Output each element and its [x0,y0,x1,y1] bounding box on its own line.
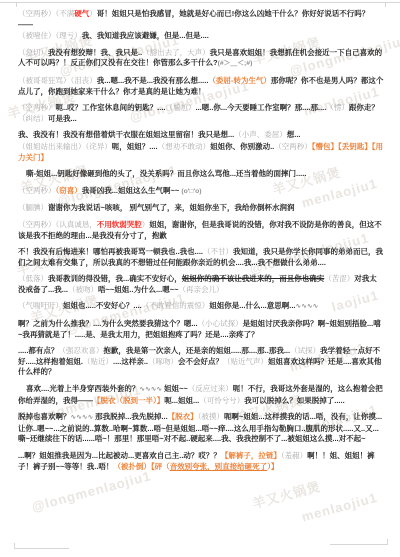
script-body: （空两秒）（不满硬气）哥！姐姐只是怕我感冒，她就是好心而已!你这么凶她干什么？你… [18,9,384,478]
paragraph: （空两秒）（窃喜）我哥凶我...姐姐这么生气啊~~ (o'□'o) [18,186,384,198]
stage-direction: （空两秒） [274,142,312,151]
stage-direction: （可怜兮兮） [199,396,244,405]
dialogue-text: 姐姐~~ [164,384,188,393]
dialogue-text: 我可以脱掉么？如果脱掉了..... [244,396,344,405]
emphasis-red: 硬气 [74,9,89,18]
watermark-text: menlaojiu1 [300,490,379,525]
dialogue-text: 可是我... [48,114,77,123]
paragraph: （腼腆）谢谢你为我说话~咳咳， 别气别气了，来，姐姐你坐下，我给你倒杯水润润 [18,203,384,214]
action-marker: 【砰（ [151,462,170,471]
stage-direction: （腼腆） [18,203,48,212]
dialogue-text: 跟你走？ [349,103,379,112]
paragraph: （空两秒）呃..哎？工作室休息间的钥匙？....（尴尬）...嗯..你...今天… [18,103,384,124]
stage-direction: （再亲会儿） [178,285,223,294]
stage-direction: （姐姐站出来输出）（诧异） [18,142,112,151]
paragraph: （低落）我哥教训的得没错，我...确实不安好心，姐姐你的确不该让我进来的，而且你… [18,274,384,295]
dialogue-text: 抱歉，我是第一次亲人，还是亲的姐姐.....那....那..那我... [103,346,290,355]
paragraph: 嘶-姐姐...钥匙好像砸到他的头了，没关系吗？而且你这么骂他...还当着他的面摔… [18,169,384,180]
paragraph: （气喘吁吁）姐姐也.....不安好心？....（不敢置信的震惊）姐姐你是...什… [18,301,384,313]
paragraph: 脱掉也喜欢啊？∿∿∿∿ 那我脱掉...我先脱掉...【脱衣】（被摸）呃啊~姐姐.… [18,412,384,445]
dialogue-text: 呃...姐姐... [164,396,199,405]
stage-direction: （小心试探） [198,319,243,328]
dialogue-text: 我没有想狡辩！我、我只是.. [48,48,142,57]
stage-direction: （啄吻） [148,357,178,366]
table-border-bottom-right-tick [387,539,388,545]
dialogue-text: 会不会好点？ [178,357,223,366]
paragraph: .....都有点？（强忍欢喜）抱歉，我是第一次亲人，还是亲的姐姐.....那..… [18,346,384,378]
dialogue-text: 我哥教训的得没错，我...确实不安好心， [48,274,182,283]
table-border-top [0,2,400,3]
action-marker: 【脱衣】 [168,412,198,421]
action-marker: （委屈-转为生气） [208,76,271,85]
dialogue-text: 我...嗯...我不是...我没有那么想..... [97,76,209,85]
stage-direction: （空两秒）（不满 [18,9,74,18]
stage-direction: （急切） [18,48,48,57]
paragraph: 我、我没有！我没有想借着烘干衣服在姐姐这里留宿！我只是想...（小声、委屈）想.… [18,130,384,141]
stage-direction: （被哥哥狂骂）（沮丧） [18,76,97,85]
dialogue-text: 嘶-姐姐...钥匙好像砸到他的头了，没关系吗？而且你这么骂他...还当着他的面摔… [26,169,306,178]
action-marker: 【脱衣（脱到一半）】 [93,396,164,405]
paragraph: （空两秒）（认真诚恳，不用软弱哭腔）姐姐，谢谢你，但是我哥说的没错，你对我不设防… [18,220,384,241]
dialogue-text: 那我脱掉...我先脱掉... [95,412,168,421]
dialogue-text: 喜欢....光着上半身穿西装外套的？ [26,384,139,393]
dialogue-text: 姐姐你、你别激动.. [210,142,274,151]
stage-direction: （不敢置信的震惊） [142,301,210,310]
stage-direction: （尴尬） [166,103,196,112]
struck-text: 姐姐你的确不该让我进来的，而且你也确实 [182,274,325,283]
stage-direction: （不甘） [203,247,233,256]
dialogue-text: 呃..哎？工作室休息间的钥匙？.... [56,103,166,112]
dialogue-text: 我、我知道我应该避嫌，但是...但是.... [82,31,209,40]
action-marker: ）】 [267,462,278,471]
table-border-top-left-tick [16,2,17,7]
dialogue-text: ...嗯..你...今天要睡工作室啊？那....那.... [196,103,327,112]
stage-direction: （被吻） [68,285,98,294]
paragraph: （被噎住）（理亏）我、我知道我应该避嫌，但是...但是.... [18,31,384,42]
dialogue-text: ....这样亲.. [113,357,148,366]
emoticon: ∿∿∿∿ [296,303,319,310]
paragraph: （姐姐站出来输出）（诧异）呃，姐姐？....（想劝不敢动）姐姐你、你别激动..（… [18,142,384,163]
stage-direction: （小声、委屈） [234,130,287,139]
stage-direction: （低落） [18,274,48,283]
paragraph: ...啊？姐姐推我是因为...比起被动...更喜欢自己主..动？哎？？【解裤子，… [18,451,384,472]
emoticon: ∿∿∿∿ [139,386,164,393]
paragraph: 不！我没有后悔进来！哪怕再被我哥骂一顿我也..我也....（不甘）我知道，我只是… [18,247,384,268]
stage-direction: （想劝不敢动） [158,142,211,151]
paragraph: 喜欢....光着上半身穿西装外套的？∿∿∿∿ 姐姐~~（反应过来）呃！不行，我哥… [18,384,384,406]
stage-direction: ） [89,9,97,18]
dialogue-text: .....都有点？ [18,346,58,355]
stage-direction: （愣） [326,103,349,112]
stage-direction: （豁出去了，大声） [142,48,210,57]
stage-direction: （贴近） [83,357,113,366]
stage-direction: （纠结） [18,114,48,123]
emoticon: (o'□'o) [181,188,201,195]
stage-direction: （试探） [290,346,320,355]
table-border-bottom-left-tick [14,543,15,549]
stage-direction: （贴近气声） [223,357,268,366]
dialogue-text: 姐姐你是...什么...意思啊... [209,301,295,310]
table-border-bottom-right [330,544,388,545]
dialogue-text: 想... [287,130,301,139]
paragraph: （被哥哥狂骂）（沮丧）我...嗯...我不是...我没有那么想.....（委屈-… [18,76,384,97]
paragraph: （急切）我没有想狡辩！我、我只是..（豁出去了，大声）我只是喜欢姐姐！我想抓住机… [18,48,384,70]
stage-direction: （苦涩） [324,274,354,283]
action-marker: （被扑倒） [113,462,151,471]
dialogue-text: 呃，姐姐？.... [112,142,158,151]
stage-direction: （反应过来） [188,384,233,393]
sfx-note-underline: 音效别夸张，别直接给砸死了 [170,462,268,471]
stage-direction: （羞赧） [281,451,307,460]
dialogue-text: 脱掉也喜欢啊？ [18,412,71,421]
dialogue-text: 啊？之前为什么推我？....为什么突然要我猜这个？嗯... [18,319,198,328]
dialogue-text: 唔~~姐姐..为什么...嗯~~ [98,285,178,294]
stage-direction: （强忍欢喜） [58,346,103,355]
dialogue-text: 我、我没有！我没有想借着烘干衣服在姐姐这里留宿！我只是想... [18,130,234,139]
paragraph: 啊？之前为什么推我？....为什么突然要我猜这个？嗯...（小心试探）是姐姐讨厌… [18,319,384,340]
script-page: 羊又火锅煲@longmenlaojiu1羊又火锅煲@longmenlaojiu1… [0,0,400,557]
stage-direction: （空两秒）（认真诚恳， [18,220,97,229]
emoticon: (#＞＿＜;#) [218,60,253,67]
dialogue-text: 我哥凶我...姐姐这么生气啊~~ [82,186,182,195]
dialogue-text: 谢谢你为我说话~咳咳， 别气别气了，来，姐姐你坐下，我给你倒杯水润润 [48,203,294,212]
table-border-top-right-tick [385,2,386,7]
stage-direction: （被噎住）（理亏） [18,31,82,40]
stage-direction: （气喘吁吁） [18,301,63,310]
stage-direction: （空两秒） [18,103,56,112]
stage-direction: （空两秒） [18,186,56,195]
emphasis-red: 不用软弱哭腔 [97,220,142,229]
dialogue-text: 姐姐也.....不安好心？.... [63,301,142,310]
dialogue-text: ...啊？姐姐推我是因为...比起被动...更喜欢自己主..动？哎？？ [18,451,221,460]
table-border-bottom-left [14,548,69,549]
action-marker: （窃喜） [56,186,82,195]
paragraph: （空两秒）（不满硬气）哥！姐姐只是怕我感冒，她就是好心而已!你这么凶她干什么？你… [18,9,384,30]
action-marker: 【解裤子，拉链】 [221,451,281,460]
watermark-text: 羊又火锅煲 [250,476,323,512]
stage-direction: （被摸） [198,412,224,421]
dialogue-text: 不！我没有后悔进来！哪怕再被我哥骂一顿我也..我也.... [18,247,203,256]
emoticon: ∿∿∿∿ [71,414,96,421]
